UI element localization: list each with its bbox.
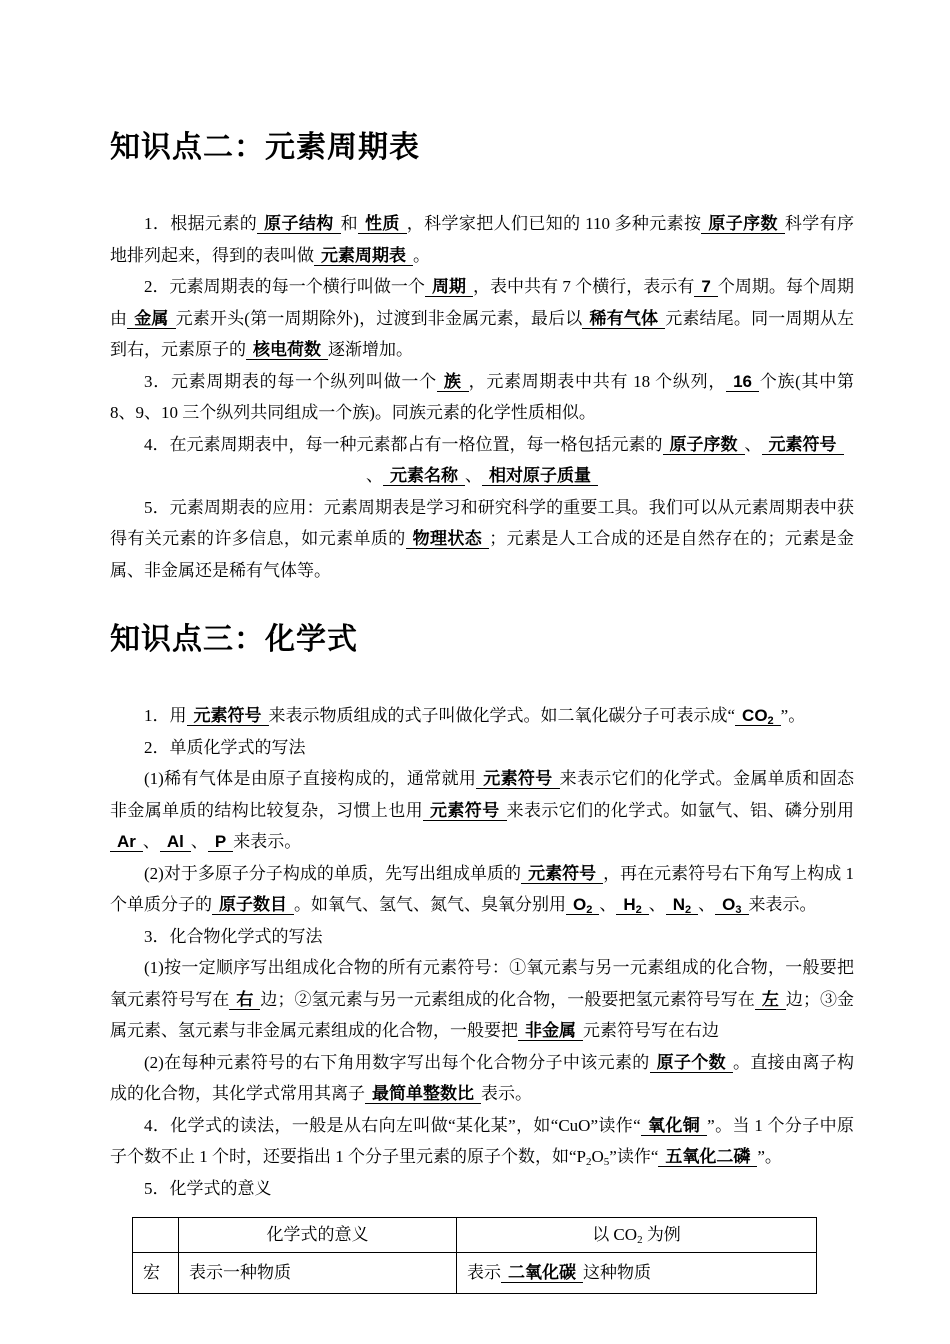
answer-blank: 7 [694, 277, 717, 297]
paragraph: (2)对于多原子分子构成的单质，先写出组成单质的元素符号，再在元素符号右下角写上… [110, 858, 854, 921]
answer-blank: 16 [726, 372, 759, 392]
answer-blank: 元素符号 [423, 801, 507, 821]
answer-blank: Ar [110, 832, 143, 852]
table-header-cell: 以 CO2 为例 [457, 1218, 817, 1253]
text-run: (1)稀有气体是由原子直接构成的，通常就用 [144, 769, 476, 788]
text-run: 来表示。 [749, 895, 817, 914]
answer-blank: 周期 [425, 277, 473, 297]
text-run: (2)在每种元素符号的右下角用数字写出每个化合物分子中该元素的 [144, 1053, 650, 1072]
text-run: 表示。 [481, 1084, 532, 1103]
text-run: 。 [413, 246, 430, 265]
text-run: 表示 [467, 1263, 501, 1282]
paragraph: 1．根据元素的原子结构和性质，科学家把人们已知的 110 多种元素按原子序数科学… [110, 208, 854, 271]
paragraph: 3．化合物化学式的写法 [110, 921, 854, 953]
subscript: 5 [604, 1156, 610, 1168]
text-run: ，表中共有 7 个横行，表示有 [473, 277, 694, 296]
table-header-row: 化学式的意义以 CO2 为例 [133, 1218, 817, 1253]
text-run: 、 [649, 895, 666, 914]
section-heading: 知识点二：元素周期表 [110, 130, 854, 166]
answer-blank: O2 [566, 895, 599, 915]
answer-blank: H2 [616, 895, 648, 915]
text-run: ”。 [781, 706, 806, 725]
text-run: (2)对于多原子分子构成的单质，先写出组成单质的 [144, 864, 521, 883]
subscript: 2 [586, 904, 592, 916]
answer-blank: 五氧化二磷 [658, 1147, 757, 1167]
paragraph: (2)在每种元素符号的右下角用数字写出每个化合物分子中该元素的原子个数。直接由离… [110, 1047, 854, 1110]
answer-blank: 族 [437, 372, 469, 392]
paragraph: 3．元素周期表的每一个纵列叫做一个族，元素周期表中共有 18 个纵列，16个族(… [110, 366, 854, 429]
text-run: 元素符号写在右边 [583, 1021, 719, 1040]
table-cell: 宏 [133, 1253, 179, 1294]
text-run: 、 [143, 832, 160, 851]
text-run: 以 CO2 [592, 1225, 642, 1244]
subscript: 2 [636, 904, 642, 916]
answer-blank: Al [160, 832, 191, 852]
text-run: 表示一种物质 [189, 1263, 291, 1282]
paragraph: 2．元素周期表的每一个横行叫做一个周期，表中共有 7 个横行，表示有7个周期。每… [110, 271, 854, 366]
answer-blank: 金属 [127, 309, 175, 329]
text-run: O5 [592, 1147, 610, 1166]
text-run: 1．根据元素的 [144, 214, 257, 233]
paragraph: 5．化学式的意义 [110, 1173, 854, 1205]
text-run: 、 [191, 832, 208, 851]
answer-blank: 元素符号 [476, 769, 559, 789]
answer-blank: 原子结构 [257, 214, 341, 234]
text-run: 边；②氢元素与另一元素组成的化合物，一般要把氢元素符号写在 [260, 990, 754, 1009]
answer-blank: 氧化铜 [641, 1116, 707, 1136]
text-run: 5．化学式的意义 [144, 1179, 272, 1198]
answer-blank: N2 [666, 895, 698, 915]
text-run: 、 [698, 895, 715, 914]
paragraph: 4．化学式的读法，一般是从右向左叫做“某化某”，如“CuO”读作“氧化铜”。当 … [110, 1110, 854, 1173]
answer-blank: P [208, 832, 233, 852]
table-header-cell [133, 1218, 179, 1253]
paragraph: (1)按一定顺序写出组成化合物的所有元素符号：①氧元素与另一元素组成的化合物，一… [110, 952, 854, 1047]
knowledge-section-1: 知识点二：元素周期表1．根据元素的原子结构和性质，科学家把人们已知的 110 多… [110, 130, 854, 586]
answer-blank: 元素符号 [187, 706, 269, 726]
subscript: 2 [637, 1234, 643, 1246]
section-heading: 知识点三：化学式 [110, 622, 854, 658]
text-run: 为例 [643, 1225, 681, 1244]
text-run: 来表示它们的化学式。如氩气、铝、磷分别用 [507, 801, 854, 820]
answer-blank: 核电荷数 [246, 340, 328, 360]
subscript: 2 [685, 904, 691, 916]
answer-blank: 最简单整数比 [365, 1084, 481, 1104]
answer-blank: 元素名称 [383, 466, 465, 486]
knowledge-section-2: 知识点三：化学式1．用元素符号来表示物质组成的式子叫做化学式。如二氧化碳分子可表… [110, 622, 854, 1204]
answer-blank: 物理状态 [406, 529, 490, 549]
answer-blank: 非金属 [518, 1021, 583, 1041]
paragraph: 1．用元素符号来表示物质组成的式子叫做化学式。如二氧化碳分子可表示成“CO2”。 [110, 700, 854, 732]
answer-blank: 相对原子质量 [482, 466, 598, 486]
text-run: 、 [745, 435, 762, 454]
text-run: ，元素周期表中共有 18 个纵列， [469, 372, 726, 391]
answer-blank: 右 [229, 990, 260, 1010]
text-run: 3．化合物化学式的写法 [144, 927, 323, 946]
document-content: 知识点二：元素周期表1．根据元素的原子结构和性质，科学家把人们已知的 110 多… [110, 130, 854, 1294]
paragraph: 5．元素周期表的应用：元素周期表是学习和研究科学的重要工具。我们可以从元素周期表… [110, 492, 854, 587]
text-run: 化学式的意义 [267, 1225, 369, 1244]
answer-blank: O3 [715, 895, 748, 915]
text-run: 元素开头(第一周期除外)，过渡到非金属元素，最后以 [176, 309, 583, 328]
subscript: 2 [768, 715, 774, 727]
text-run: 。如氧气、氢气、氮气、臭氧分别用 [294, 895, 566, 914]
table-row: 宏表示一种物质表示二氧化碳这种物质 [133, 1253, 817, 1294]
answer-blank: CO2 [735, 706, 781, 726]
answer-blank: 原子数目 [212, 895, 294, 915]
text-run: 逐渐增加。 [328, 340, 413, 359]
text-run: 1．用 [144, 706, 187, 725]
text-run: 、 [465, 466, 482, 485]
text-run: ”。 [757, 1147, 782, 1166]
text-run: 这种物质 [583, 1263, 651, 1282]
table-cell: 表示二氧化碳这种物质 [457, 1253, 817, 1294]
answer-blank: 原子序数 [701, 214, 785, 234]
table-header-cell: 化学式的意义 [179, 1218, 457, 1253]
text-run: 来表示物质组成的式子叫做化学式。如二氧化碳分子可表示成“ [269, 706, 736, 725]
answer-blank: 性质 [358, 214, 407, 234]
answer-blank: 元素符号 [762, 435, 844, 455]
subscript: 2 [586, 1156, 592, 1168]
text-run: ，科学家把人们已知的 110 多种元素按 [407, 214, 702, 233]
chemical-formula-meaning-table: 化学式的意义以 CO2 为例宏表示一种物质表示二氧化碳这种物质 [132, 1217, 817, 1294]
text-run: ”读作“ [609, 1147, 658, 1166]
text-run: 宏 [143, 1263, 160, 1282]
answer-blank: 稀有气体 [582, 309, 665, 329]
answer-blank: 左 [755, 990, 786, 1010]
text-run: 2．元素周期表的每一个横行叫做一个 [144, 277, 425, 296]
answer-blank: 元素符号 [521, 864, 603, 884]
answer-blank: 原子序数 [663, 435, 745, 455]
text-run: 、 [366, 466, 383, 485]
subscript: 3 [735, 904, 741, 916]
text-run: 4．化学式的读法，一般是从右向左叫做“某化某”，如“CuO”读作“ [144, 1116, 641, 1135]
answer-blank: 二氧化碳 [501, 1263, 583, 1283]
paragraph: 4．在元素周期表中，每一种元素都占有一格位置，每一格包括元素的原子序数、元素符号 [110, 429, 854, 461]
paragraph: 、元素名称、相对原子质量 [110, 460, 854, 492]
paragraph: (1)稀有气体是由原子直接构成的，通常就用元素符号来表示它们的化学式。金属单质和… [110, 763, 854, 858]
paragraph: 2．单质化学式的写法 [110, 732, 854, 764]
text-run: 来表示。 [233, 832, 301, 851]
text-run: 、 [599, 895, 616, 914]
table-cell: 表示一种物质 [179, 1253, 457, 1294]
text-run: 4．在元素周期表中，每一种元素都占有一格位置，每一格包括元素的 [144, 435, 663, 454]
document-page: 知识点二：元素周期表1．根据元素的原子结构和性质，科学家把人们已知的 110 多… [0, 0, 950, 1344]
text-run: 3．元素周期表的每一个纵列叫做一个 [144, 372, 437, 391]
answer-blank: 元素周期表 [314, 246, 413, 266]
text-run: 和 [341, 214, 358, 233]
text-run: 2．单质化学式的写法 [144, 738, 306, 757]
answer-blank: 原子个数 [650, 1053, 733, 1073]
